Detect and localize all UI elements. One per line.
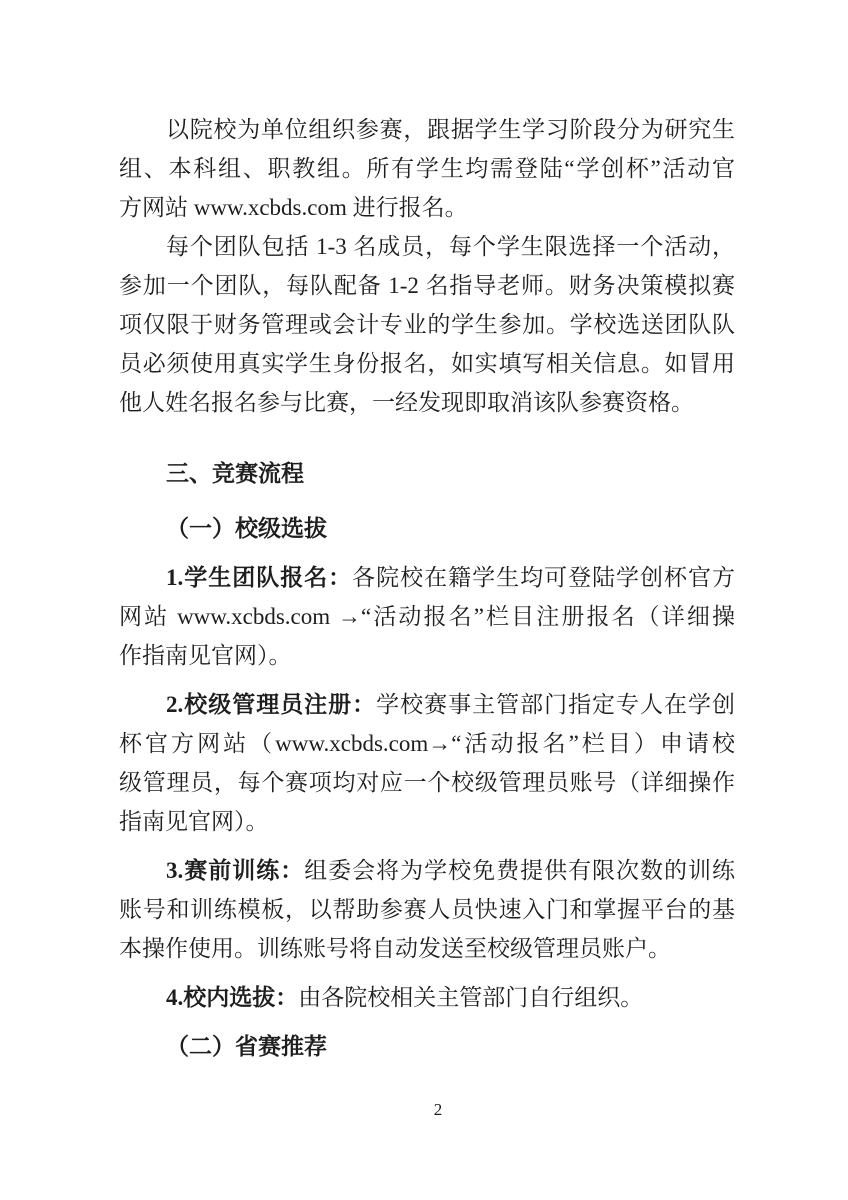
line-lead: 三、竞赛流程 bbox=[166, 461, 304, 486]
heading-competition-process: 三、竞赛流程 bbox=[119, 454, 735, 493]
item-student-team-registration: 1.学生团队报名：各院校在籍学生均可登陆学创杯官方 bbox=[119, 558, 735, 597]
line-text: 本操作使用。训练账号将自动发送至校级管理员账户。 bbox=[119, 936, 671, 961]
paragraph-line: 级管理员，每个赛项均对应一个校级管理员账号（详细操作 bbox=[119, 763, 735, 802]
subheading-provincial-recommendation: （二）省赛推荐 bbox=[119, 1027, 735, 1066]
item-pre-competition-training: 3.赛前训练：组委会将为学校免费提供有限次数的训练 bbox=[119, 851, 735, 890]
paragraph-line: 作指南见官网）。 bbox=[119, 636, 735, 675]
paragraph-line: 每个团队包括 1-3 名成员，每个学生限选择一个活动， bbox=[119, 227, 735, 266]
line-text: 组、本科组、职教组。所有学生均需登陆“学创杯”活动官 bbox=[119, 156, 735, 181]
paragraph-line: 项仅限于财务管理或会计专业的学生参加。学校选送团队队 bbox=[119, 305, 735, 344]
line-lead: 4.校内选拔： bbox=[166, 985, 298, 1010]
paragraph-line: 本操作使用。训练账号将自动发送至校级管理员账户。 bbox=[119, 929, 735, 968]
line-text: 指南见官网）。 bbox=[119, 809, 269, 834]
line-text: 方网站 www.xcbds.com 进行报名。 bbox=[119, 195, 468, 220]
line-text: 网站 www.xcbds.com →“活动报名”栏目注册报名（详细操 bbox=[119, 604, 735, 629]
subheading-school-level-selection: （一）校级选拔 bbox=[119, 509, 735, 548]
line-text: 参加一个团队，每队配备 1-2 名指导老师。财务决策模拟赛 bbox=[119, 273, 735, 298]
paragraph-line: 参加一个团队，每队配备 1-2 名指导老师。财务决策模拟赛 bbox=[119, 266, 735, 305]
paragraph-line: 指南见官网）。 bbox=[119, 802, 735, 841]
paragraph-line: 账号和训练模板，以帮助参赛人员快速入门和掌握平台的基 bbox=[119, 890, 735, 929]
paragraph-line: 以院校为单位组织参赛，跟据学生学习阶段分为研究生 bbox=[119, 110, 735, 149]
line-text: 员必须使用真实学生身份报名，如实填写相关信息。如冒用 bbox=[119, 351, 735, 376]
line-lead: （一）校级选拔 bbox=[166, 516, 327, 541]
line-text: 由各院校相关主管部门自行组织。 bbox=[298, 985, 643, 1010]
paragraph-line: 组、本科组、职教组。所有学生均需登陆“学创杯”活动官 bbox=[119, 149, 735, 188]
line-text: 项仅限于财务管理或会计专业的学生参加。学校选送团队队 bbox=[119, 312, 735, 337]
line-text: 级管理员，每个赛项均对应一个校级管理员账号（详细操作 bbox=[119, 770, 735, 795]
item-internal-school-selection: 4.校内选拔：由各院校相关主管部门自行组织。 bbox=[119, 978, 735, 1017]
line-text: 杯官方网站（www.xcbds.com→“活动报名”栏目）申请校 bbox=[119, 731, 735, 756]
line-lead: 3.赛前训练： bbox=[166, 858, 304, 883]
line-text: 账号和训练模板，以帮助参赛人员快速入门和掌握平台的基 bbox=[119, 897, 735, 922]
line-text: 组委会将为学校免费提供有限次数的训练 bbox=[304, 858, 735, 883]
line-lead: 2.校级管理员注册： bbox=[166, 692, 376, 717]
line-lead: 1.学生团队报名： bbox=[166, 565, 352, 590]
item-school-admin-registration: 2.校级管理员注册：学校赛事主管部门指定专人在学创 bbox=[119, 685, 735, 724]
line-text: 各院校在籍学生均可登陆学创杯官方 bbox=[352, 565, 735, 590]
line-text: 学校赛事主管部门指定专人在学创 bbox=[376, 692, 735, 717]
line-lead: （二）省赛推荐 bbox=[166, 1034, 327, 1059]
document-content: 以院校为单位组织参赛，跟据学生学习阶段分为研究生 组、本科组、职教组。所有学生均… bbox=[119, 110, 735, 1066]
paragraph-line: 杯官方网站（www.xcbds.com→“活动报名”栏目）申请校 bbox=[119, 724, 735, 763]
line-text: 以院校为单位组织参赛，跟据学生学习阶段分为研究生 bbox=[166, 117, 735, 142]
paragraph-line: 网站 www.xcbds.com →“活动报名”栏目注册报名（详细操 bbox=[119, 597, 735, 636]
line-text: 每个团队包括 1-3 名成员，每个学生限选择一个活动， bbox=[166, 234, 735, 259]
paragraph-line: 员必须使用真实学生身份报名，如实填写相关信息。如冒用 bbox=[119, 344, 735, 383]
line-text: 他人姓名报名参与比赛，一经发现即取消该队参赛资格。 bbox=[119, 390, 694, 415]
document-page: 以院校为单位组织参赛，跟据学生学习阶段分为研究生 组、本科组、职教组。所有学生均… bbox=[0, 0, 848, 1200]
page-number: 2 bbox=[0, 1098, 848, 1122]
paragraph-line: 他人姓名报名参与比赛，一经发现即取消该队参赛资格。 bbox=[119, 383, 735, 422]
line-text: 作指南见官网）。 bbox=[119, 643, 292, 668]
paragraph-line: 方网站 www.xcbds.com 进行报名。 bbox=[119, 188, 735, 227]
